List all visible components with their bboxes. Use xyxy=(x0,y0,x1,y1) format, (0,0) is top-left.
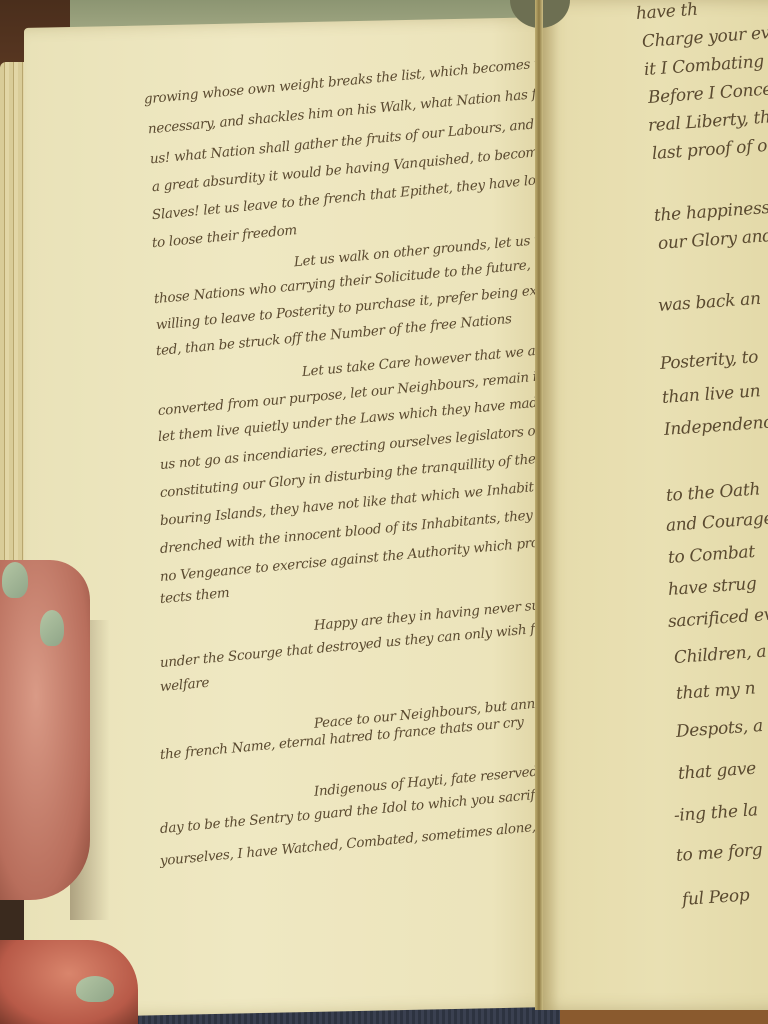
manuscript-line: Children, a xyxy=(673,642,767,668)
manuscript-line: last proof of o xyxy=(651,136,767,164)
manuscript-line: -ing the la xyxy=(673,800,758,826)
manuscript-line: Independence xyxy=(663,412,768,440)
fingernail-icon xyxy=(76,976,114,1002)
manuscript-line: it I Combating xyxy=(643,52,764,80)
manuscript-line: Despots, a xyxy=(675,716,763,742)
manuscript-line: and Courage xyxy=(665,509,768,536)
manuscript-line: the happiness xyxy=(653,198,768,226)
manuscript-line: Before I Conce xyxy=(647,79,768,108)
manuscript-line: Posterity, to xyxy=(659,347,758,374)
manuscript-line: that gave xyxy=(677,759,756,784)
manuscript-line: to the Oath xyxy=(665,479,760,506)
manuscript-line: Charge your ev xyxy=(641,23,768,52)
fingernail-icon xyxy=(40,610,64,646)
manuscript-line: ful Peop xyxy=(681,885,750,910)
fingernail-icon xyxy=(2,562,28,598)
manuscript-line: have strug xyxy=(667,574,757,600)
manuscript-line: was back an xyxy=(657,289,761,316)
book-gutter xyxy=(535,0,543,1010)
manuscript-line: tects them xyxy=(159,585,229,607)
manuscript-line: sacrificed ev xyxy=(667,605,768,632)
manuscript-line: our Glory and xyxy=(657,226,768,254)
manuscript-line: that my n xyxy=(675,678,756,703)
manuscript-line: real Liberty, th xyxy=(647,107,768,136)
manuscript-line: to Combat xyxy=(667,542,755,568)
thumb xyxy=(0,940,138,1024)
manuscript-line: than live un xyxy=(661,381,761,408)
right-manuscript-page: have th Charge your ev it I Combating Be… xyxy=(540,0,768,1010)
manuscript-line: to me forg xyxy=(675,840,763,866)
manuscript-line: welfare xyxy=(159,675,209,695)
hand-holding-page xyxy=(0,560,90,900)
manuscript-line: have th xyxy=(635,0,698,24)
manuscript-line: to loose their freedom xyxy=(151,222,297,251)
